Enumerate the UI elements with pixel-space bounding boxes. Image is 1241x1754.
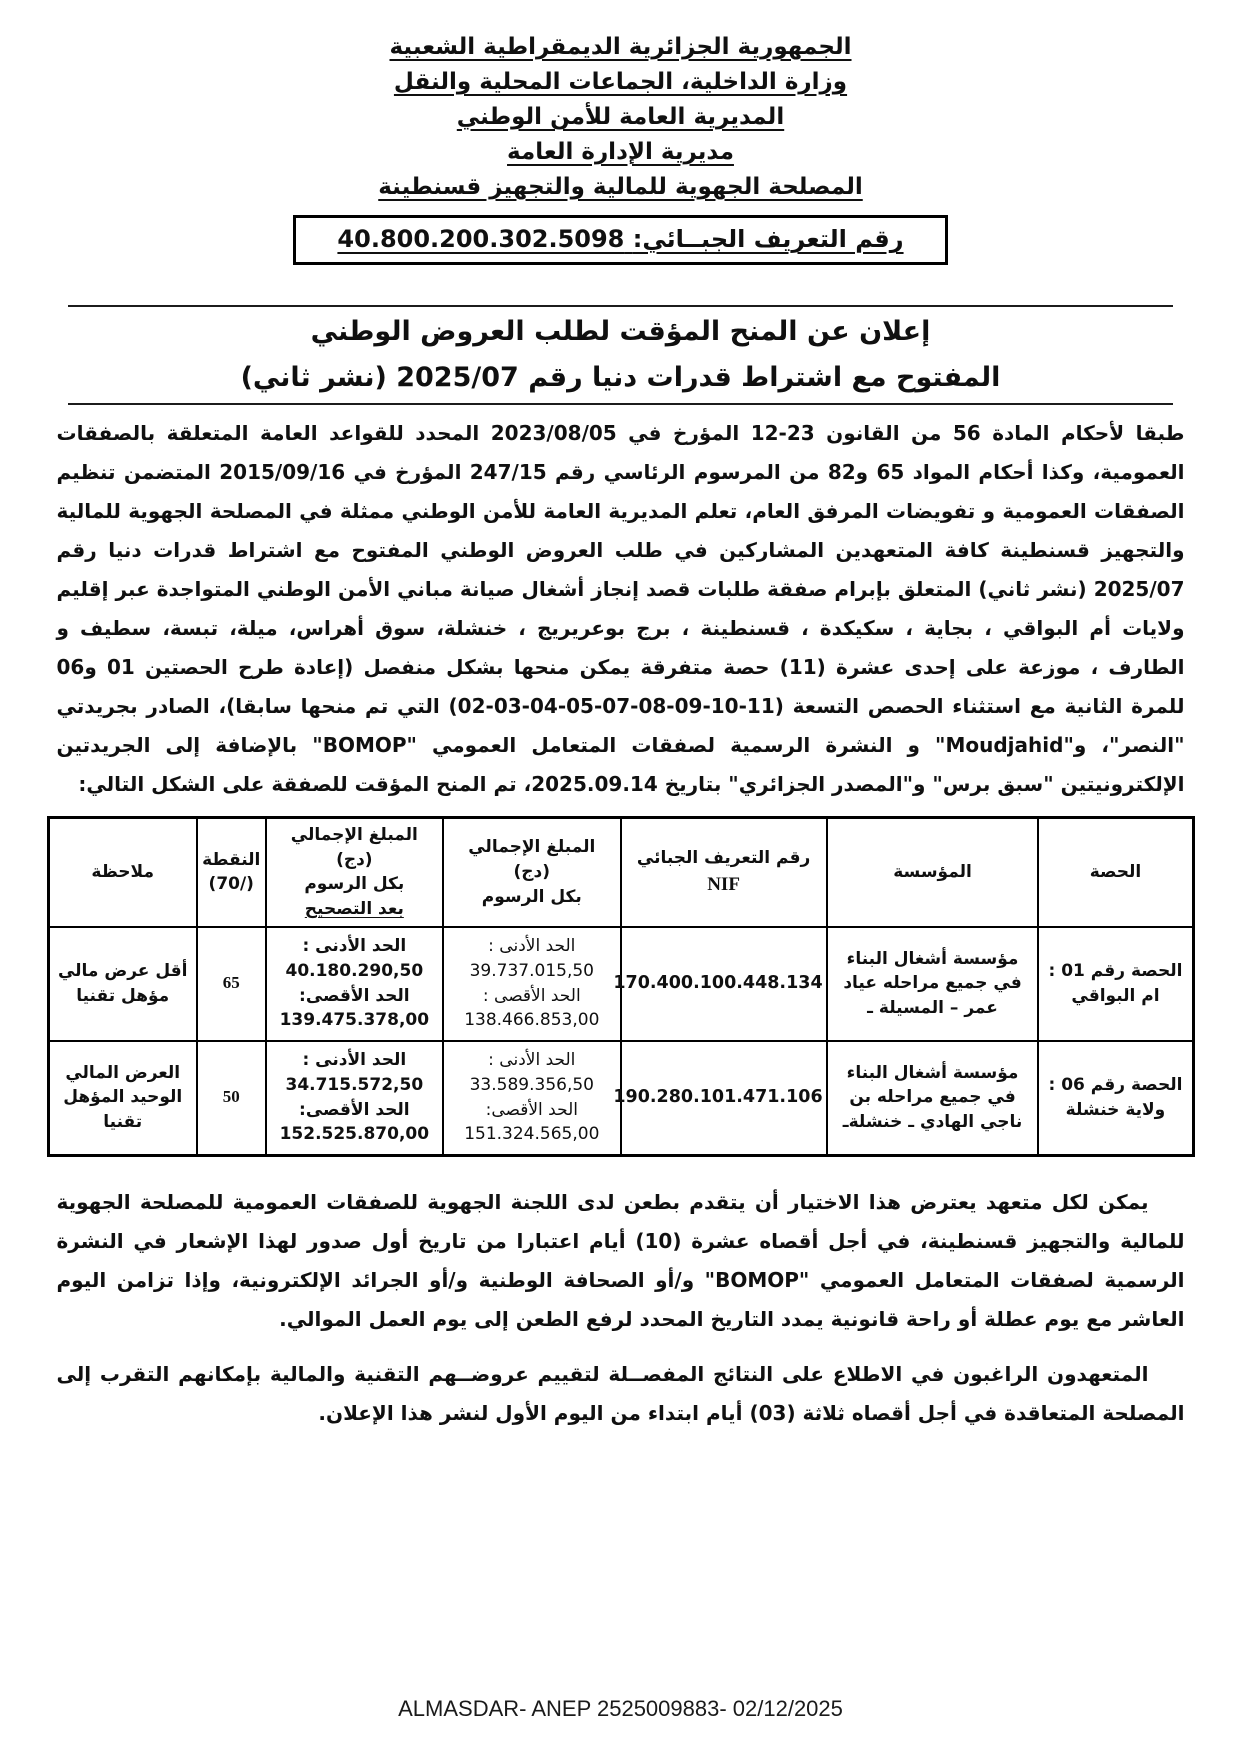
tax-id-value: 40.800.200.302.5098 xyxy=(337,225,624,253)
row2-remark: العرض المالي الوحيد المؤهل تقنيا xyxy=(48,1041,197,1156)
results-paragraph: المتعهدون الراغبون في الاطلاع على النتائ… xyxy=(57,1355,1185,1433)
row1-remark: أقل عرض مالي مؤهل تقنيا xyxy=(48,927,197,1041)
row2-amount-corrected: الحد الأدنى : 34.715.572,50 الحد الأقصى:… xyxy=(266,1041,443,1156)
page-title: إعلان عن المنح المؤقت لطلب العروض الوطني… xyxy=(0,309,1241,401)
header-nif: رقم التعريف الجبائي NIF xyxy=(621,818,827,927)
row2-firm: مؤسسة أشغال البناء في جميع مراحله بن ناج… xyxy=(827,1041,1039,1156)
header-amount-corrected: المبلغ الإجمالي (دج) بكل الرسوم بعد التص… xyxy=(266,818,443,927)
title-bottom-rule xyxy=(68,403,1173,405)
footer-credit: ALMASDAR- ANEP 2525009883- 02/12/2025 xyxy=(0,1696,1241,1722)
header-remark: ملاحظة xyxy=(48,818,197,927)
page-title-line1: إعلان عن المنح المؤقت لطلب العروض الوطني xyxy=(0,309,1241,355)
row2-lot: الحصة رقم 06 : ولاية خنشلة xyxy=(1038,1041,1193,1156)
title-top-rule xyxy=(68,305,1173,307)
row1-nif: 170.400.100.448.134 xyxy=(621,927,827,1041)
document-page: الجمهورية الجزائرية الديمقراطية الشعبية … xyxy=(0,0,1241,1754)
tax-id-box: رقم التعريف الجبــائي: 40.800.200.302.50… xyxy=(293,215,948,265)
letterhead: الجمهورية الجزائرية الديمقراطية الشعبية … xyxy=(0,30,1241,205)
row1-lot: الحصة رقم 01 : ام البواقي xyxy=(1038,927,1193,1041)
letterhead-line-directorate: المديرية العامة للأمن الوطني xyxy=(0,100,1241,135)
appeal-paragraph: يمكن لكل متعهد يعترض هذا الاختيار أن يتق… xyxy=(57,1183,1185,1339)
intro-text-1: طبقا لأحكام المادة 56 من القانون 23-12 ا… xyxy=(57,421,1185,640)
intro-date-bold: 2025.09.14 xyxy=(531,772,658,796)
row1-amount: الحد الأدنى : 39.737.015,50 الحد الأقصى … xyxy=(443,927,620,1041)
tax-id-label: رقم التعريف الجبــائي: xyxy=(633,225,904,253)
intro-paragraph: طبقا لأحكام المادة 56 من القانون 23-12 ا… xyxy=(57,414,1185,804)
appeal-deadline-bold: عشرة (10) xyxy=(635,1229,749,1253)
tax-id-text: رقم التعريف الجبــائي: 40.800.200.302.50… xyxy=(337,225,903,253)
row2-score: 50 xyxy=(197,1041,266,1156)
table-header-row: الحصة المؤسسة رقم التعريف الجبائي NIF ال… xyxy=(48,818,1193,927)
header-score: النقطة (70/) xyxy=(197,818,266,927)
page-title-line2: المفتوح مع اشتراط قدرات دنيا رقم 2025/07… xyxy=(0,355,1241,401)
header-amount: المبلغ الإجمالي (دج) بكل الرسوم xyxy=(443,818,620,927)
header-lot: الحصة xyxy=(1038,818,1193,927)
award-table: الحصة المؤسسة رقم التعريف الجبائي NIF ال… xyxy=(47,816,1195,1157)
results-deadline-bold: ثلاثة (03) xyxy=(749,1401,844,1425)
intro-text-3: ، تم المنح المؤقت للصفقة على الشكل التال… xyxy=(78,772,531,796)
header-firm: المؤسسة xyxy=(827,818,1039,927)
letterhead-line-admin: مديرية الإدارة العامة xyxy=(0,135,1241,170)
table-row-lot01: الحصة رقم 01 : ام البواقي مؤسسة أشغال ال… xyxy=(48,927,1193,1041)
row2-nif: 190.280.101.471.106 xyxy=(621,1041,827,1156)
letterhead-line-republic: الجمهورية الجزائرية الديمقراطية الشعبية xyxy=(0,30,1241,65)
letterhead-line-regional-service: المصلحة الجهوية للمالية والتجهيز قسنطينة xyxy=(0,170,1241,205)
results-text-2: أيام ابتداء من اليوم الأول لنشر هذا الإع… xyxy=(318,1401,749,1425)
row2-amount: الحد الأدنى : 33.589.356,50 الحد الأقصى:… xyxy=(443,1041,620,1156)
table-row-lot06: الحصة رقم 06 : ولاية خنشلة مؤسسة أشغال ا… xyxy=(48,1041,1193,1156)
row1-amount-corrected: الحد الأدنى : 40.180.290,50 الحد الأقصى:… xyxy=(266,927,443,1041)
letterhead-line-ministry: وزارة الداخلية، الجماعات المحلية والنقل xyxy=(0,65,1241,100)
row1-score: 65 xyxy=(197,927,266,1041)
row1-firm: مؤسسة أشغال البناء في جميع مراحله عياد ع… xyxy=(827,927,1039,1041)
